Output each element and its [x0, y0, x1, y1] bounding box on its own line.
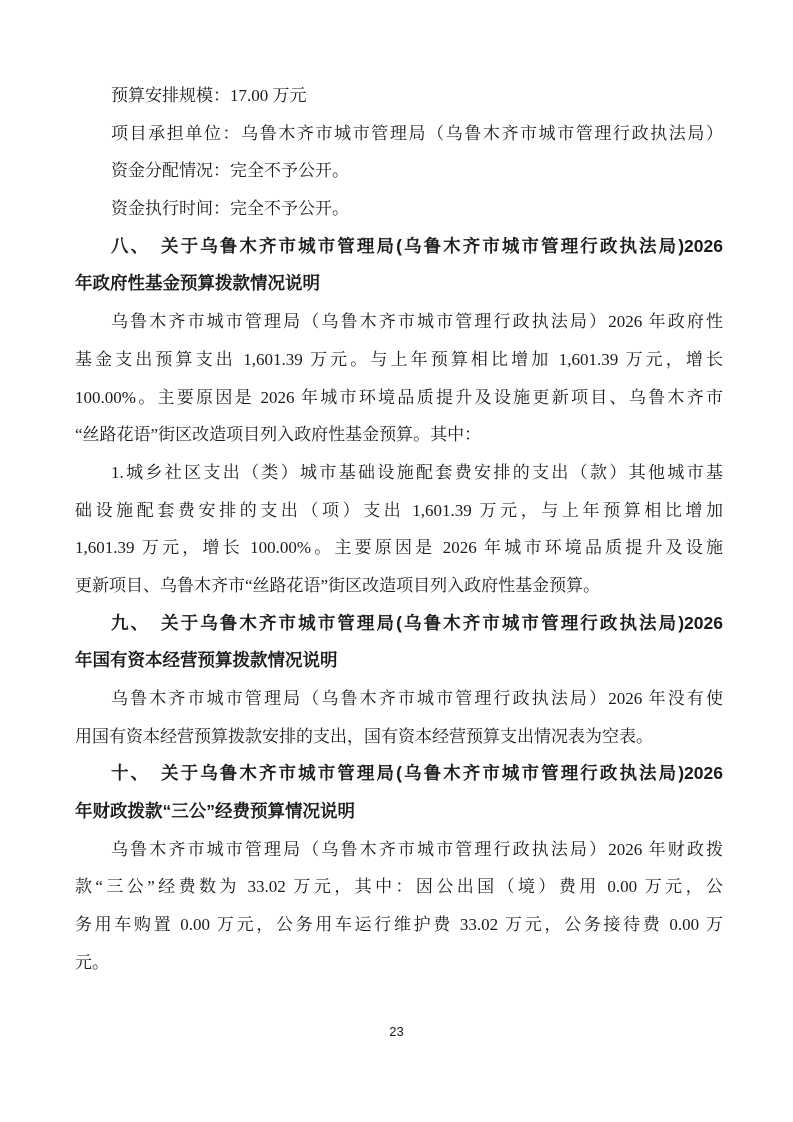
document-content: 预算安排规模：17.00 万元 项目承担单位：乌鲁木齐市城市管理局（乌鲁木齐市城…	[75, 77, 723, 982]
section9-heading-line1: 九、 关于乌鲁木齐市城市管理局(乌鲁木齐市城市管理行政执法局)2026	[75, 605, 723, 643]
section10-heading-line1: 十、 关于乌鲁木齐市城市管理局(乌鲁木齐市城市管理行政执法局)2026	[75, 755, 723, 793]
document-page: 预算安排规模：17.00 万元 项目承担单位：乌鲁木齐市城市管理局（乌鲁木齐市城…	[0, 0, 793, 1122]
section9-heading-line2: 年国有资本经营预算拨款情况说明	[75, 642, 723, 680]
section10-para-line3: 务用车购置 0.00 万元，公务用车运行维护费 33.02 万元，公务接待费 0…	[75, 906, 723, 944]
field-fund-allocation: 资金分配情况：完全不予公开。	[75, 152, 723, 190]
section10-para-line1: 乌鲁木齐市城市管理局（乌鲁木齐市城市管理行政执法局）2026 年财政拨	[75, 831, 723, 869]
section8-para2-line1: 1.城乡社区支出（类）城市基础设施配套费安排的支出（款）其他城市基	[75, 454, 723, 492]
section9-para-line2: 用国有资本经营预算拨款安排的支出，国有资本经营预算支出情况表为空表。	[75, 718, 723, 756]
section8-para2-line3: 1,601.39 万元，增长 100.00%。主要原因是 2026 年城市环境品…	[75, 529, 723, 567]
section8-para1-line4: “丝路花语”街区改造项目列入政府性基金预算。其中：	[75, 416, 723, 454]
field-budget-scale: 预算安排规模：17.00 万元	[75, 77, 723, 115]
section8-para1-line1: 乌鲁木齐市城市管理局（乌鲁木齐市城市管理行政执法局）2026 年政府性	[75, 303, 723, 341]
section8-para1-line2: 基金支出预算支出 1,601.39 万元。与上年预算相比增加 1,601.39 …	[75, 341, 723, 379]
section9-para-line1: 乌鲁木齐市城市管理局（乌鲁木齐市城市管理行政执法局）2026 年没有使	[75, 680, 723, 718]
page-number: 23	[0, 1022, 793, 1042]
section10-heading-line2: 年财政拨款“三公”经费预算情况说明	[75, 793, 723, 831]
section8-para2-line2: 础设施配套费安排的支出（项）支出 1,601.39 万元，与上年预算相比增加	[75, 492, 723, 530]
section10-para-line4: 元。	[75, 944, 723, 982]
field-fund-execution: 资金执行时间：完全不予公开。	[75, 190, 723, 228]
section10-para-line2: 款“三公”经费数为 33.02 万元，其中：因公出国（境）费用 0.00 万元，…	[75, 868, 723, 906]
field-undertaking-unit: 项目承担单位：乌鲁木齐市城市管理局（乌鲁木齐市城市管理行政执法局）	[75, 115, 723, 153]
section8-heading-line2: 年政府性基金预算拨款情况说明	[75, 265, 723, 303]
section8-para1-line3: 100.00%。主要原因是 2026 年城市环境品质提升及设施更新项目、乌鲁木齐…	[75, 379, 723, 417]
section8-para2-line4: 更新项目、乌鲁木齐市“丝路花语”街区改造项目列入政府性基金预算。	[75, 567, 723, 605]
section8-heading-line1: 八、 关于乌鲁木齐市城市管理局(乌鲁木齐市城市管理行政执法局)2026	[75, 228, 723, 266]
